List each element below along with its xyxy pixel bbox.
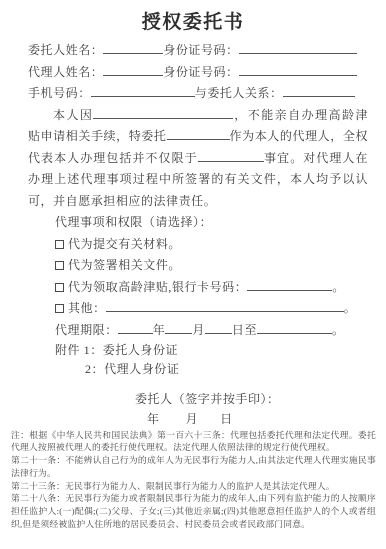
checkbox-label: 其他： — [68, 301, 106, 315]
checkbox-label: 代为签署相关文件。 — [68, 258, 181, 272]
checkbox-row-collect-allowance: 代为领取高龄津贴,银行卡号码：。 — [55, 277, 368, 299]
agent-id-label: 身份证号码： — [163, 65, 238, 79]
bank-card-blank — [247, 279, 332, 291]
period-end-blank — [257, 322, 332, 334]
agent-name-blank — [103, 64, 163, 76]
relation-blank — [283, 85, 355, 97]
other-blank — [106, 300, 344, 312]
agent-id-blank — [239, 64, 357, 76]
note-paragraph: 注：根据《中华人民共和国民法典》第一百六十三条：代理包括委托代理和法定代理。委托… — [11, 429, 376, 455]
day-to-label: 日至 — [232, 323, 257, 337]
checkbox-label: 代为提交有关材料。 — [68, 237, 181, 251]
client-id-blank — [239, 42, 357, 54]
note-paragraph: 第二十一条：不能辨认自己行为的成年人为无民事行为能力人,由其法定代理人代理实施民… — [11, 454, 376, 480]
checkbox-row-other: 其他：。 — [55, 298, 368, 320]
client-name-label: 委托人姓名： — [28, 43, 103, 57]
signature-label: 委托人（签字并按手印）： — [135, 389, 368, 411]
client-id-label: 身份证号码： — [163, 43, 238, 57]
legal-notes: 注：根据《中华人民共和国民法典》第一百六十三条：代理包括委托代理和法定代理。委托… — [11, 429, 376, 531]
month-label: 月 — [192, 323, 205, 337]
period-label: 代理期限： — [55, 323, 118, 337]
attachment-2-label: 2： — [85, 362, 104, 376]
checkbox-row-sign-documents: 代为签署相关文件。 — [55, 255, 368, 277]
field-row-phone: 手机号码：与委托人关系： — [28, 83, 368, 105]
checkbox-icon[interactable] — [55, 240, 64, 249]
date-year-label: 年 — [147, 412, 160, 426]
date-month-label: 月 — [186, 412, 199, 426]
checkbox-icon[interactable] — [55, 261, 64, 270]
note-paragraph: 第二十三条：无民事行为能力人、限制民事行为能力人的监护人是其法定代理人。 — [11, 480, 376, 493]
matters-heading: 代理事项和权限（请选择）： — [55, 212, 368, 234]
checkbox-icon[interactable] — [55, 304, 64, 313]
attachment-1-text: 委托人身份证 — [103, 343, 178, 357]
checkbox-label: 代为领取高龄津贴,银行卡号码： — [68, 280, 247, 294]
page-title: 授权委托书 — [0, 0, 386, 34]
reason-blank — [93, 107, 233, 119]
field-row-client: 委托人姓名：身份证号码： — [28, 40, 368, 62]
attachment-1-label: 附件 1： — [55, 343, 103, 357]
agent-blank — [167, 128, 230, 140]
agent-name-label: 代理人姓名： — [28, 65, 103, 79]
relation-label: 与委托人关系： — [195, 86, 283, 100]
document-body: 委托人姓名：身份证号码： 代理人姓名：身份证号码： 手机号码：与委托人关系： 本… — [0, 34, 386, 427]
phone-blank — [91, 85, 195, 97]
paragraph-segment: 本人因 — [53, 108, 93, 122]
document-page: 授权委托书 委托人姓名：身份证号码： 代理人姓名：身份证号码： 手机号码：与委托… — [0, 0, 386, 549]
checkbox-row-materials: 代为提交有关材料。 — [55, 234, 368, 256]
period-year-blank — [118, 322, 153, 334]
note-paragraph: 第二十八条：无民事行为能力或者限制民事行为能力的成年人,由下列有监护能力的人按顺… — [11, 492, 376, 530]
year-label: 年 — [153, 323, 166, 337]
scope-blank — [198, 150, 264, 162]
body-paragraph: 本人因，不能亲自办理高龄津贴申请相关手续，特委托作为本人的代理人，全权代表本人办… — [28, 105, 368, 213]
period-month-blank — [165, 322, 192, 334]
period-suffix: 。 — [332, 323, 345, 337]
signature-date-line: 年月日 — [147, 411, 368, 427]
client-name-blank — [103, 42, 163, 54]
checkbox-label-suffix: 。 — [344, 301, 357, 315]
attachment-line-1: 附件 1：委托人身份证 — [55, 341, 368, 360]
phone-label: 手机号码： — [28, 86, 91, 100]
checkbox-label-suffix: 。 — [332, 280, 345, 294]
period-day-blank — [205, 322, 232, 334]
period-row: 代理期限：年月日至。 — [55, 320, 368, 342]
date-day-label: 日 — [220, 412, 233, 426]
attachment-line-2: 2：代理人身份证 — [85, 360, 368, 379]
checkbox-icon[interactable] — [55, 283, 64, 292]
attachment-2-text: 代理人身份证 — [104, 362, 179, 376]
field-row-agent: 代理人姓名：身份证号码： — [28, 62, 368, 84]
